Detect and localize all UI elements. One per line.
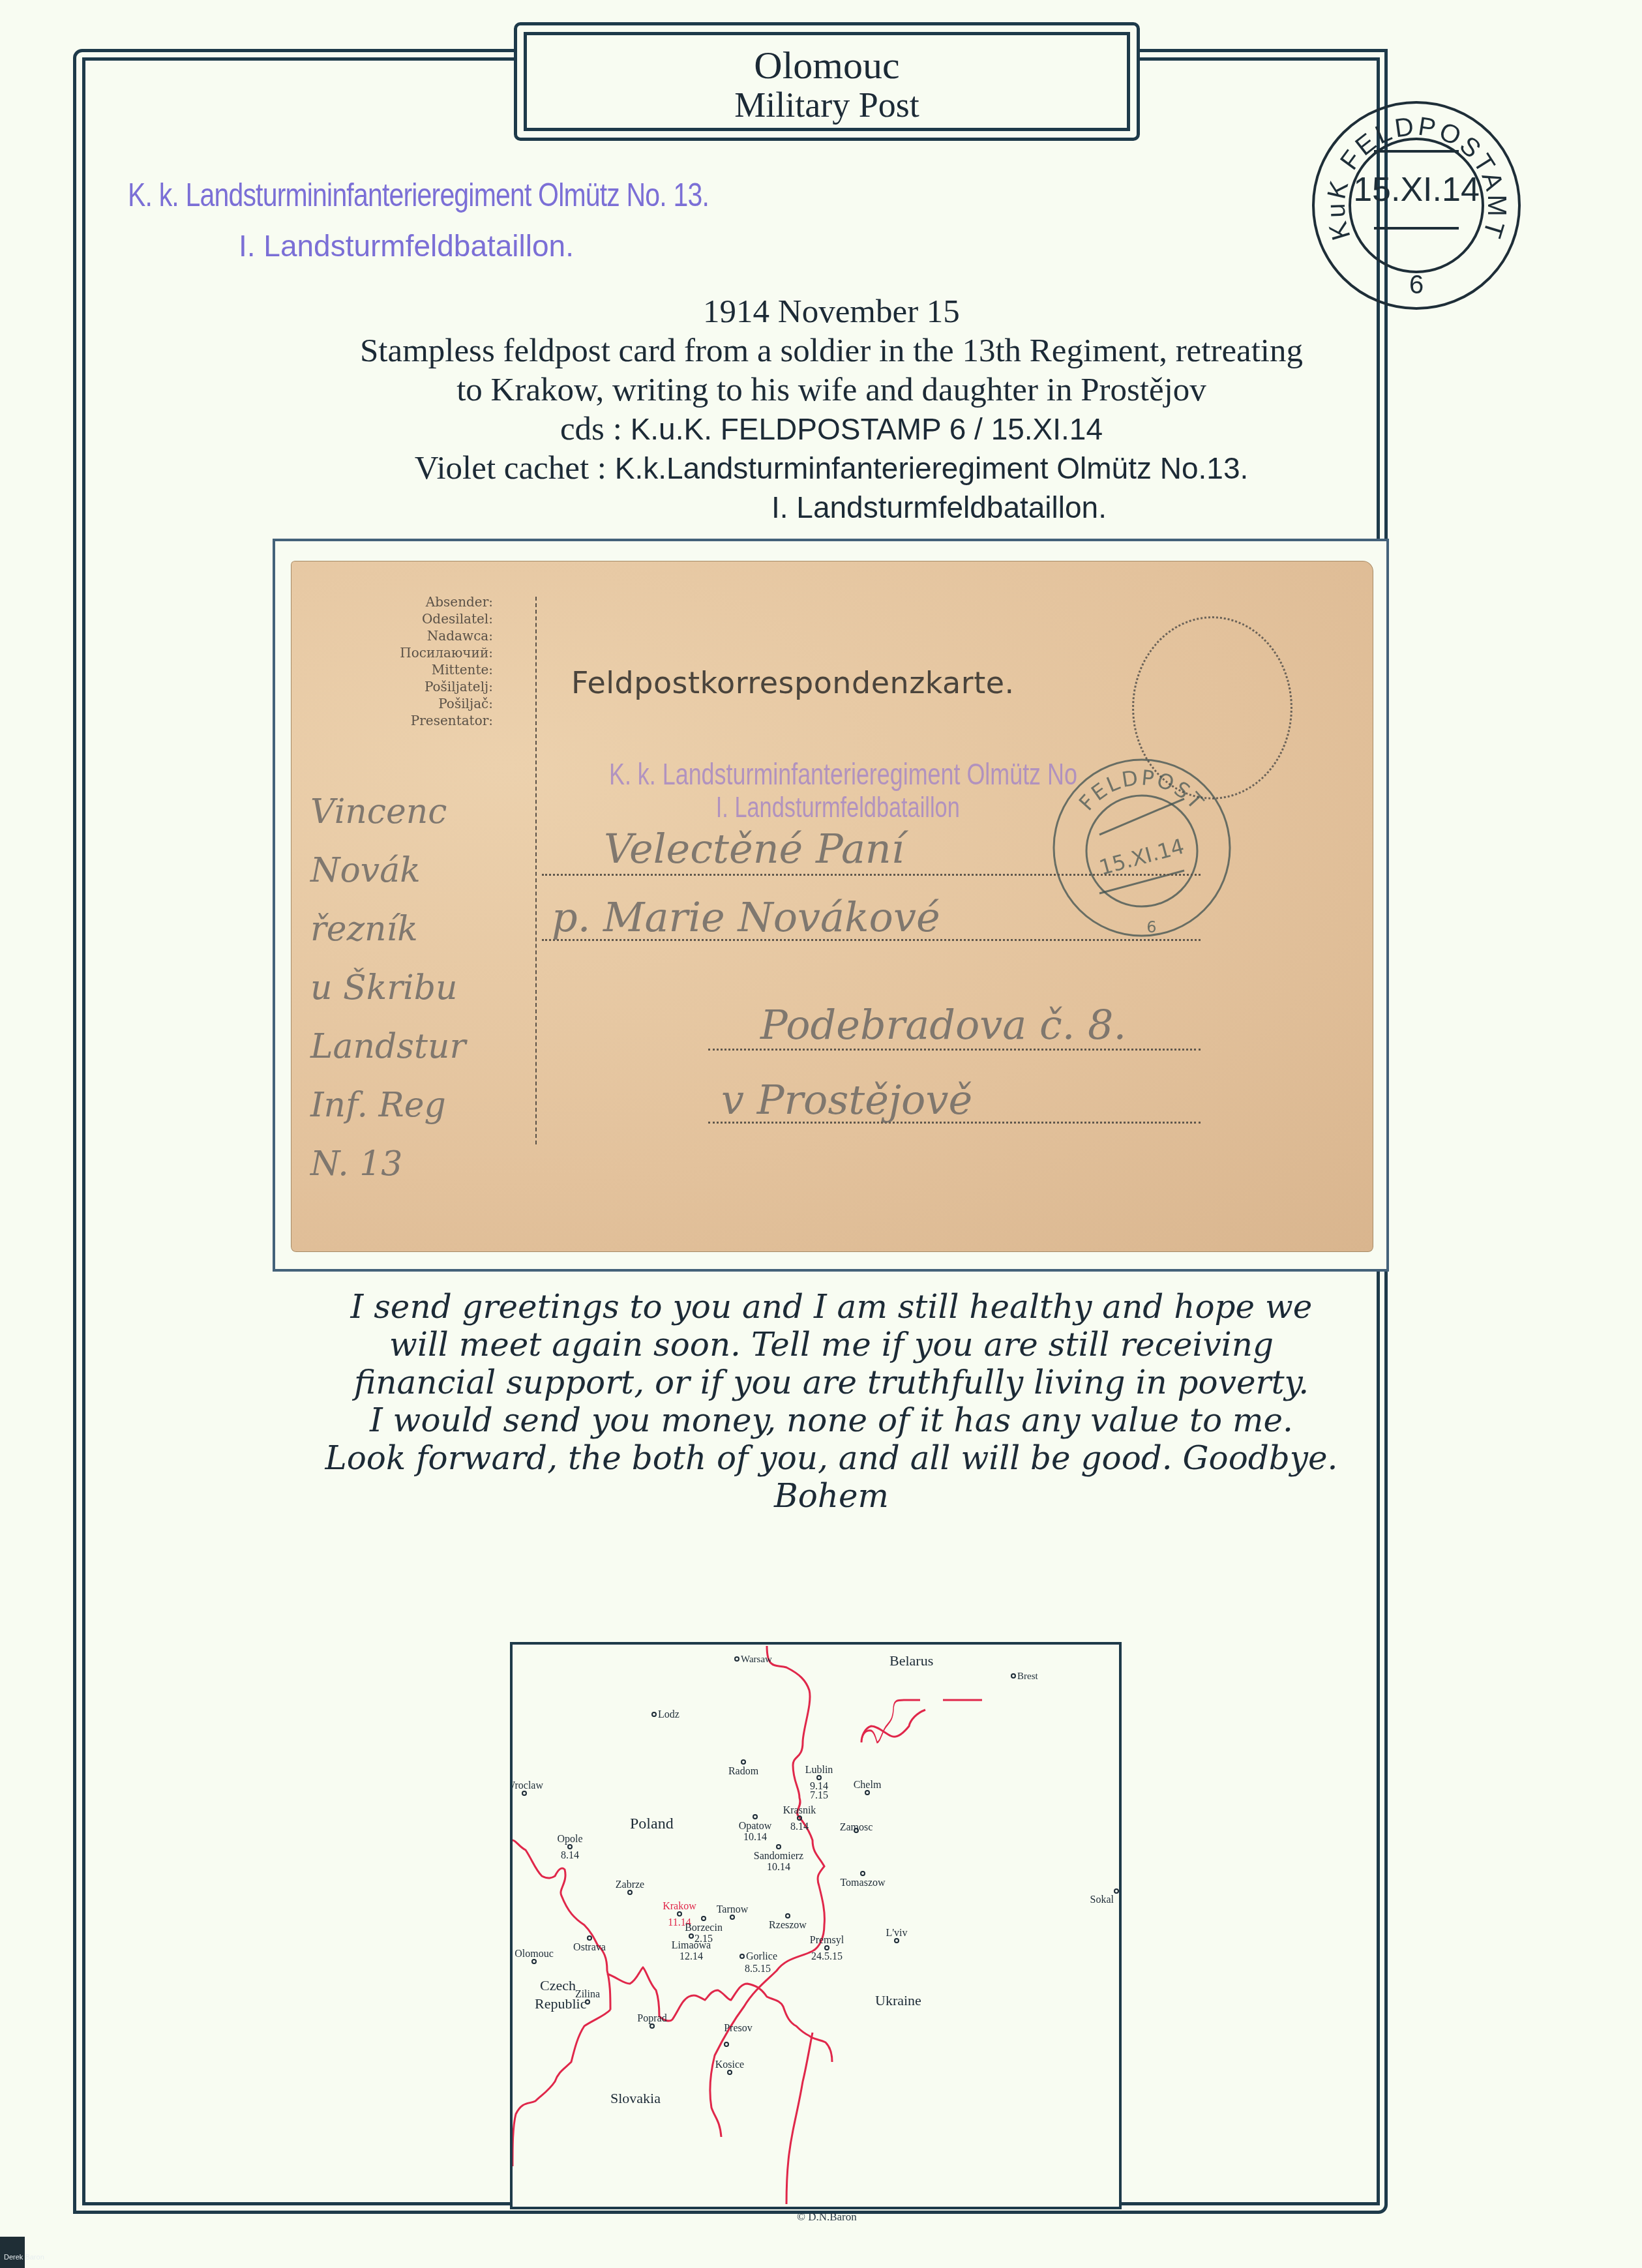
- city-dot: [895, 1939, 899, 1943]
- city-label: Tarnow: [717, 1904, 749, 1915]
- city-label: Limaowa: [672, 1940, 711, 1951]
- card-divider: [535, 597, 537, 1144]
- address-line-1: [542, 874, 1201, 876]
- city-label: Zabrze: [616, 1879, 644, 1890]
- sender-label: Presentator:: [389, 712, 493, 729]
- city-label: Ostrava: [573, 1942, 606, 1953]
- letter-translation: I send greetings to you and I am still h…: [261, 1288, 1402, 1515]
- city-dot: [728, 2070, 732, 2074]
- city-label: Chelm: [854, 1780, 882, 1791]
- city-label: Rzeszow: [769, 1920, 807, 1931]
- sender-label: Mittente:: [389, 661, 493, 678]
- city-dot: [735, 1657, 739, 1661]
- svg-text:6: 6: [1146, 918, 1156, 936]
- postcard-mount: Absender:Odesilatel:Nadawca:Посилаючий:M…: [273, 539, 1389, 1272]
- sender-handwriting-line: Landstur: [310, 1017, 466, 1076]
- city-dot: [777, 1845, 781, 1849]
- description-date: 1914 November 15: [261, 292, 1402, 331]
- city-dot: [702, 1917, 706, 1920]
- country-label: Ukraine: [875, 1992, 921, 2008]
- city-date: 8.14: [561, 1850, 579, 1861]
- description-cds: cds : K.u.K. FELDPOSTAMP 6 / 15.XI.14: [261, 410, 1402, 449]
- city-label: Lodz: [658, 1709, 679, 1720]
- city-label: L'viv: [886, 1928, 907, 1939]
- cachet-reproduction-line1: K. k. Landsturmininfanterieregiment Olmü…: [128, 176, 709, 214]
- city-label: Borzecin: [685, 1922, 723, 1933]
- exhibit-description: 1914 November 15 Stampless feldpost card…: [261, 292, 1402, 527]
- city-label: Sokal: [1090, 1894, 1114, 1905]
- city-dot: [724, 2042, 728, 2046]
- translation-line: financial support, or if you are truthfu…: [261, 1364, 1402, 1401]
- city-dot: [1011, 1674, 1015, 1678]
- city-dot: [532, 1960, 536, 1963]
- campaign-map: BelarusPolandCzechRepublicSlovakiaUkrain…: [510, 1642, 1122, 2209]
- sender-handwriting: VincencNovákřezníku ŠkribuLandsturInf. R…: [310, 783, 466, 1193]
- city-label: Krakow: [663, 1901, 696, 1912]
- city-label: Olomouc: [515, 1948, 554, 1960]
- city-label: Sandomierz: [754, 1851, 803, 1862]
- card-violet-cachet: K. k. Landsturminfanterieregiment Olmütz…: [609, 756, 1077, 824]
- city-label: Tomaszow: [840, 1877, 886, 1888]
- address-line-3: [708, 1049, 1201, 1051]
- sender-label: Nadawca:: [389, 627, 493, 644]
- title-box: Olomouc Military Post: [514, 22, 1140, 141]
- city-label: Zilina: [575, 1989, 600, 2000]
- card-postmark: FELDPOST 15.XI.14 6: [1047, 753, 1236, 942]
- cds-date: 15.XI.14: [1353, 171, 1480, 209]
- city-label: Poprad: [637, 2013, 666, 2024]
- city-date: 10.14: [767, 1862, 790, 1873]
- city-dot: [689, 1934, 693, 1938]
- city-label: Lublin: [805, 1765, 833, 1776]
- copyright: © D.N.Baron: [797, 2211, 857, 2224]
- sender-label: Pošiljatelj:: [389, 678, 493, 695]
- description-line2: to Krakow, writing to his wife and daugh…: [261, 370, 1402, 410]
- city-dot: [786, 1914, 790, 1918]
- city-dot: [817, 1776, 821, 1780]
- sender-handwriting-line: N. 13: [310, 1135, 466, 1193]
- city-date: 8.5.15: [745, 1963, 771, 1975]
- description-line1: Stampless feldpost card from a soldier i…: [261, 331, 1402, 370]
- city-dot: [865, 1791, 869, 1795]
- cds-postmark-reproduction: KuK FELDPOSTAMT 15.XI.14 6: [1309, 98, 1524, 313]
- translation-line: Bohem: [261, 1477, 1402, 1515]
- city-label: Kosice: [715, 2059, 744, 2070]
- city-dot: [861, 1872, 865, 1875]
- city-label: Premsyl: [810, 1935, 844, 1946]
- city-date: 24.5.15: [811, 1951, 843, 1962]
- description-cachet-line2: I. Landsturmfeldbataillon.: [261, 488, 1402, 527]
- city-label: Wroclaw: [513, 1780, 543, 1791]
- country-borders: [513, 1646, 982, 2204]
- cds-number: 6: [1409, 271, 1424, 299]
- scanner-label: Derek Baron: [4, 2254, 44, 2261]
- country-label: Slovakia: [610, 2090, 661, 2106]
- translation-line: will meet again soon. Tell me if you are…: [261, 1326, 1402, 1364]
- city-date: 10.14: [743, 1832, 767, 1843]
- postcard: Absender:Odesilatel:Nadawca:Посилаючий:M…: [291, 561, 1373, 1252]
- scanner-strip: [0, 0, 20, 2268]
- sender-label: Pošiljač:: [389, 695, 493, 712]
- city-dot: [753, 1815, 757, 1819]
- city-date: 7.15: [810, 1790, 828, 1801]
- city-date: 12.14: [679, 1951, 703, 1962]
- sender-label: Absender:: [389, 593, 493, 610]
- city-dot: [568, 1845, 572, 1849]
- description-cachet: Violet cachet : K.k.Landsturminfanterier…: [261, 449, 1402, 488]
- sender-label: Посилаючий:: [389, 644, 493, 661]
- sender-labels: Absender:Odesilatel:Nadawca:Посилаючий:M…: [389, 593, 493, 729]
- city-dot: [730, 1915, 734, 1919]
- cachet-reproduction-line2: I. Landsturmfeldbataillon.: [239, 228, 574, 263]
- translation-line: Look forward, the both of you, and all w…: [261, 1439, 1402, 1477]
- address-handwriting-1: Velectěné Paní: [604, 825, 904, 873]
- city-label: Opole: [557, 1834, 582, 1845]
- country-label: Poland: [630, 1815, 674, 1832]
- page-title: Olomouc: [527, 44, 1127, 86]
- translation-line: I send greetings to you and I am still h…: [261, 1288, 1402, 1326]
- city-dot: [652, 1712, 656, 1716]
- city-dot: [588, 1936, 591, 1940]
- sender-handwriting-line: Inf. Reg: [310, 1076, 466, 1135]
- city-label: Radom: [728, 1766, 759, 1777]
- country-label: Belarus: [889, 1652, 933, 1669]
- city-label: Krasnik: [783, 1805, 816, 1816]
- city-label: Presov: [724, 2023, 753, 2034]
- city-label: Opatow: [739, 1821, 772, 1832]
- city-dot: [586, 2000, 590, 2004]
- sender-handwriting-line: u Škribu: [310, 959, 466, 1017]
- sender-handwriting-line: Novák: [310, 841, 466, 900]
- city-dot: [678, 1912, 681, 1916]
- city-dot: [741, 1760, 745, 1764]
- sender-handwriting-line: Vincenc: [310, 783, 466, 841]
- city-label: Gorlice: [746, 1951, 777, 1962]
- city-label: Warsaw: [741, 1654, 772, 1665]
- city-date: 8.14: [790, 1821, 809, 1832]
- city-label: Brest: [1017, 1671, 1038, 1682]
- city-dot: [628, 1890, 632, 1894]
- city-label: Zamosc: [840, 1822, 873, 1833]
- page-subtitle: Military Post: [527, 86, 1127, 124]
- scanner-strip-dark: [0, 2237, 25, 2268]
- city-dot: [740, 1954, 744, 1958]
- address-handwriting-2: p. Marie Novákové: [552, 893, 940, 941]
- country-label: Czech: [540, 1977, 576, 1993]
- city-dot: [1114, 1889, 1118, 1893]
- sender-handwriting-line: řezník: [310, 900, 466, 959]
- address-handwriting-3: Podebradova č. 8.: [760, 1001, 1126, 1049]
- sender-label: Odesilatel:: [389, 610, 493, 627]
- city-dot: [825, 1946, 829, 1950]
- map-canvas: BelarusPolandCzechRepublicSlovakiaUkrain…: [513, 1645, 1119, 2207]
- translation-line: I would send you money, none of it has a…: [261, 1401, 1402, 1439]
- card-heading: Feldpostkorrespondenzkarte.: [571, 665, 1015, 700]
- city-dot: [650, 2024, 654, 2028]
- address-handwriting-4: v Prostějově: [721, 1076, 972, 1124]
- city-dot: [522, 1791, 526, 1795]
